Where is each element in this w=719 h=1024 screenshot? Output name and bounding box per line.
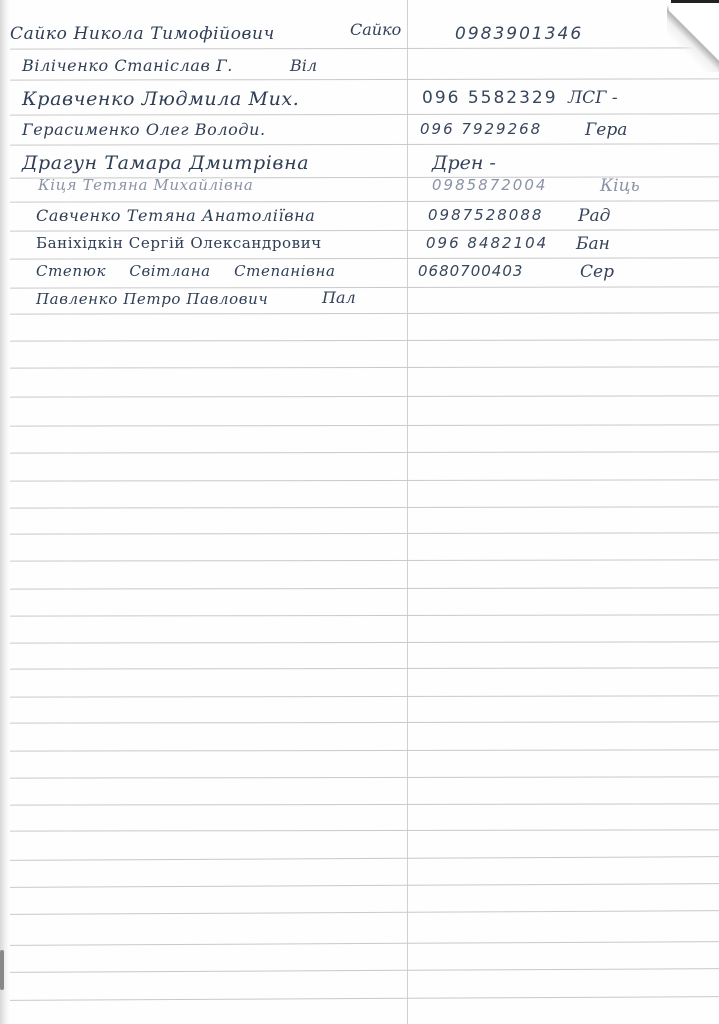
list-entry-9: Степюк Світлана Степанівна 0680700403 Се… xyxy=(0,262,719,288)
list-entry-6: Кіця Тетяна Михайлівна 0985872004 Кіць xyxy=(0,176,719,202)
ruled-line xyxy=(10,776,719,778)
entry-signature: Рад xyxy=(578,206,610,226)
ruled-line xyxy=(10,479,719,481)
list-entry-8: Баніхідкін Сергій Олександрович 096 8482… xyxy=(0,234,719,260)
entry-name: Савченко Тетяна Анатоліївна xyxy=(36,206,315,225)
list-entry-3: Кравченко Людмила Мих. 096 5582329 ЛСГ - xyxy=(0,88,719,114)
entry-phone: 096 8482104 xyxy=(426,234,548,252)
ruled-line xyxy=(10,559,719,561)
entry-phone: 0985872004 xyxy=(432,176,547,194)
ruled-line xyxy=(10,587,719,589)
ruled-line xyxy=(10,532,719,534)
entry-signature: Бан xyxy=(576,234,610,254)
list-entry-10: Павленко Петро Павлович Пал xyxy=(0,290,719,316)
entry-name: Драгун Тамара Дмитрівна xyxy=(22,152,309,174)
entry-name: Кравченко Людмила Мих. xyxy=(22,88,299,110)
ruled-line xyxy=(10,424,719,426)
ruled-line xyxy=(10,451,719,453)
entry-signature: ЛСГ - xyxy=(568,88,618,108)
list-entry-4: Герасименко Олег Володи. 096 7929268 Гер… xyxy=(0,120,719,146)
entry-signature: Кіць xyxy=(600,176,640,196)
scanned-page: Сайко Никола Тимофійович Сайко 098390134… xyxy=(0,0,719,1024)
ruled-line xyxy=(10,829,719,831)
ruled-line xyxy=(10,803,719,805)
binding-mark xyxy=(0,950,4,990)
entry-phone: 096 7929268 xyxy=(420,120,542,138)
ruled-line xyxy=(10,695,719,697)
ruled-line xyxy=(10,641,719,643)
ruled-line xyxy=(10,395,719,397)
ruled-line xyxy=(10,614,719,616)
entry-signature: Пал xyxy=(322,288,356,307)
entry-signature: Віл xyxy=(290,56,317,75)
entry-phone: 0983901346 xyxy=(455,24,583,44)
ruled-line xyxy=(10,856,719,861)
entry-phone: 0680700403 xyxy=(418,262,523,280)
entry-signature: Гера xyxy=(585,120,627,140)
ruled-line xyxy=(10,749,719,751)
entry-name: Сайко Никола Тимофійович xyxy=(10,24,275,44)
ruled-line xyxy=(10,968,719,973)
ruled-line xyxy=(10,883,719,888)
ruled-line xyxy=(10,996,719,1001)
entry-signature: Сер xyxy=(580,262,614,282)
entry-name: Павленко Петро Павлович xyxy=(36,290,268,308)
entry-phone: 096 5582329 xyxy=(422,88,558,108)
ruled-line xyxy=(10,910,719,915)
ruled-line xyxy=(10,366,719,368)
entry-name: Віліченко Станіслав Г. xyxy=(22,56,233,75)
ruled-line xyxy=(10,721,719,723)
entry-signature: Сайко xyxy=(350,20,401,39)
entry-signature: Дрен - xyxy=(432,152,496,174)
entry-name: Баніхідкін Сергій Олександрович xyxy=(36,234,322,252)
list-entry-5: Драгун Тамара Дмитрівна Дрен - xyxy=(0,152,719,178)
ruled-line xyxy=(10,941,719,946)
entry-name: Степюк Світлана Степанівна xyxy=(36,262,336,280)
entry-name: Герасименко Олег Володи. xyxy=(22,120,266,139)
entry-name: Кіця Тетяна Михайлівна xyxy=(38,176,253,194)
ruled-line xyxy=(10,339,719,341)
list-entry-7: Савченко Тетяна Анатоліївна 0987528088 Р… xyxy=(0,206,719,232)
list-entry-1: Сайко Никола Тимофійович Сайко 098390134… xyxy=(0,24,719,50)
corner-edge xyxy=(671,0,719,3)
ruled-line xyxy=(10,667,719,669)
entry-phone: 0987528088 xyxy=(428,206,543,224)
ruled-line xyxy=(10,506,719,508)
list-entry-2: Віліченко Станіслав Г. Віл xyxy=(0,56,719,82)
